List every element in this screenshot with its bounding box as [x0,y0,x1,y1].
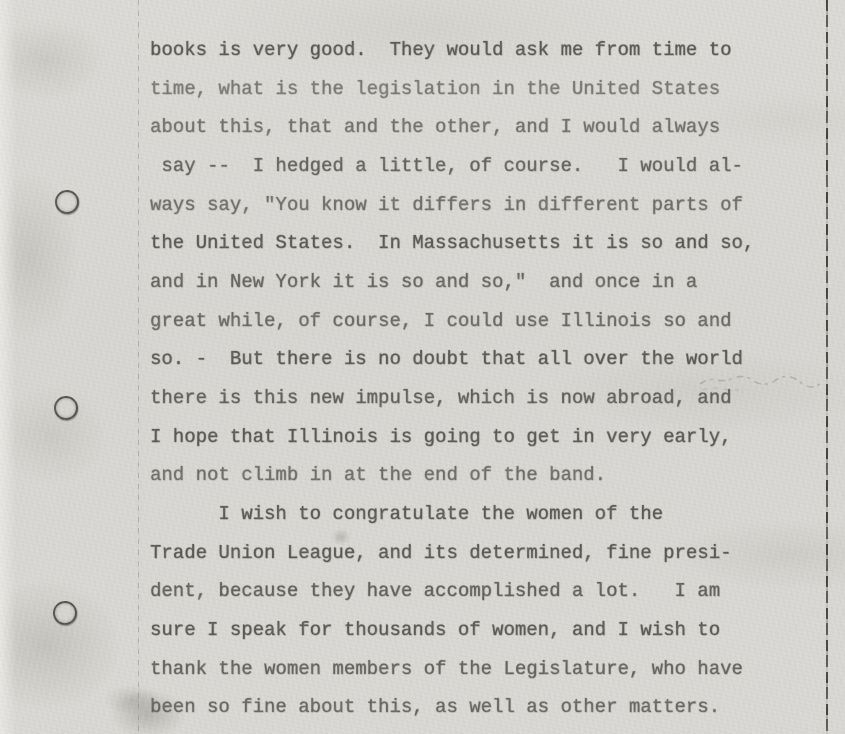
text-line: and in New York it is so and so," and on… [150,263,754,302]
text-line: been so fine about this, as well as othe… [150,688,754,727]
scanned-document-page: books is very good. They would ask me fr… [0,0,845,734]
text-line: thank the women members of the Legislatu… [150,650,754,689]
typewritten-text-block: books is very good. They would ask me fr… [150,31,754,727]
text-line: Trade Union League, and its determined, … [150,534,754,573]
text-line: there is this new impulse, which is now … [150,379,754,418]
text-line: say -- I hedged a little, of course. I w… [150,147,754,186]
text-line: dent, because they have accomplished a l… [150,572,754,611]
punch-hole-icon [54,396,78,420]
text-line: the United States. In Massachusetts it i… [150,224,754,263]
text-line: time, what is the legislation in the Uni… [150,70,754,109]
punch-hole-icon [53,601,77,625]
left-crease-line [138,0,139,734]
punch-hole-icon [55,190,79,214]
text-line: about this, that and the other, and I wo… [150,108,754,147]
text-line: and not climb in at the end of the band. [150,456,754,495]
scan-left-edge [0,0,16,734]
text-line: great while, of course, I could use Illi… [150,302,754,341]
right-page-edge-line [826,0,828,734]
text-line: ways say, "You know it differs in differ… [150,186,754,225]
text-line: so. - But there is no doubt that all ove… [150,340,754,379]
text-line: I hope that Illinois is going to get in … [150,418,754,457]
text-line: I wish to congratulate the women of the [150,495,754,534]
text-line: sure I speak for thousands of women, and… [150,611,754,650]
text-line: books is very good. They would ask me fr… [150,31,754,70]
